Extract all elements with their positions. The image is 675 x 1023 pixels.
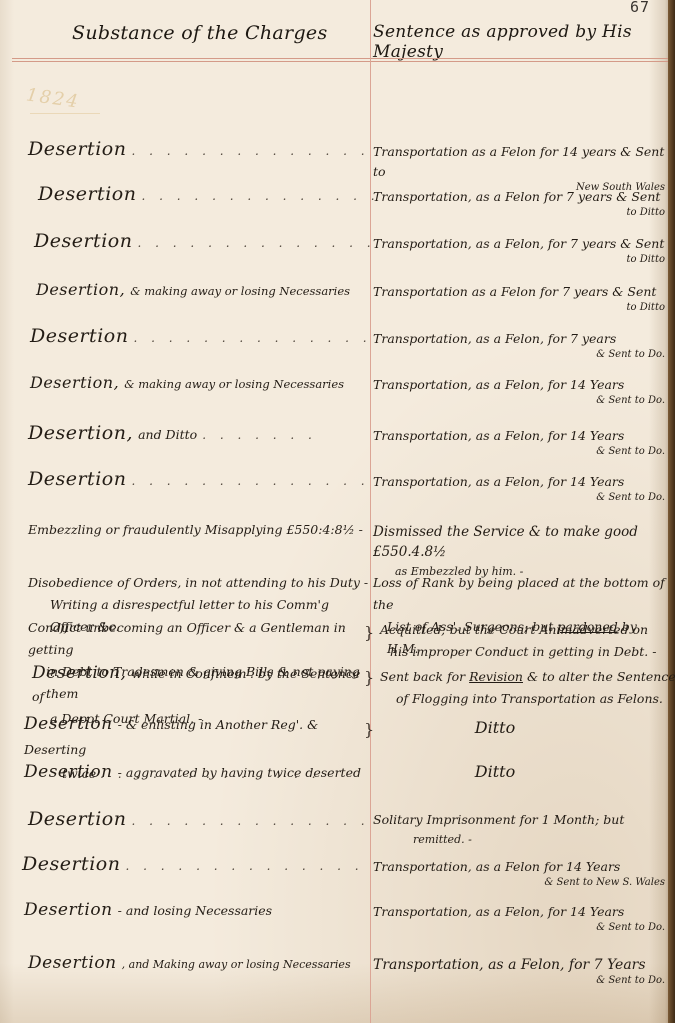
brace-mark: } bbox=[364, 623, 374, 642]
brace-mark: } bbox=[364, 668, 374, 687]
sentence-text: Transportation as a Felon for 14 years &… bbox=[373, 144, 664, 179]
charge: Desertion, and Ditto . . . . . . . bbox=[28, 422, 370, 444]
charge-text: Desertion bbox=[24, 762, 113, 782]
charge: Desertion . . . . . . . . . . . . . . bbox=[22, 853, 364, 875]
charge-text: Desertion bbox=[28, 953, 117, 973]
charge-text: Desertion, bbox=[36, 280, 125, 299]
charge-text: Desertion, bbox=[28, 422, 133, 444]
charge-text: Desertion bbox=[24, 900, 113, 920]
sentence: Solitary Imprisonment for 1 Month; but r… bbox=[373, 810, 671, 850]
sentence-text: Transportation, as a Felon, for 7 Years bbox=[373, 957, 646, 973]
charge: Desertion, & making away or losing Neces… bbox=[30, 373, 372, 392]
charge-detail: & making away or losing Necessaries bbox=[130, 284, 350, 298]
charge: Desertion . . . . . . . . . . . . . . bbox=[28, 808, 370, 830]
sentence: Ditto bbox=[395, 762, 595, 782]
sentence-text: Loss of Rank by being placed at the bott… bbox=[373, 572, 671, 616]
page-number: 67 bbox=[630, 0, 650, 16]
charge-text: Conduct unbecoming an Officer & a Gentle… bbox=[28, 617, 370, 661]
sentence-text: Transportation, as a Felon for 7 years &… bbox=[373, 189, 660, 204]
sentence-text-line2: his improper Conduct in getting in Debt.… bbox=[380, 641, 675, 663]
charge-text: Desertion, bbox=[32, 663, 126, 683]
sentence-continuation: & Sent to Do. bbox=[373, 922, 671, 934]
charge-text: Desertion bbox=[30, 325, 128, 347]
sentence: Transportation, as a Felon for 14 Years … bbox=[373, 857, 671, 889]
sentence-text: Transportation, as a Felon, for 14 Years bbox=[373, 428, 624, 443]
sentence: Transportation, as a Felon, for 14 Years… bbox=[373, 375, 671, 407]
charge-detail: - aggravated by having twice deserted bbox=[118, 765, 361, 780]
sentence-continuation: & Sent to New S. Wales bbox=[373, 877, 671, 889]
charge-text: Disobedience of Orders, in not attending… bbox=[28, 572, 370, 594]
sentence-text-line2: of Flogging into Transportation as Felon… bbox=[380, 688, 675, 710]
charge-detail: & making away or losing Necessaries bbox=[124, 377, 344, 391]
sentence-text: Transportation, as a Felon, for 7 years … bbox=[373, 236, 664, 251]
sentence: Transportation, as a Felon, for 14 Years… bbox=[373, 902, 671, 934]
charge: Desertion . . . . . . . . . . . . . . bbox=[34, 230, 376, 252]
sentence: Transportation, as a Felon, for 14 Years… bbox=[373, 472, 671, 504]
sentence: Transportation, as a Felon, for 7 Years … bbox=[373, 955, 671, 987]
leader-dots: . . . . . . . . . . . . . . bbox=[132, 474, 370, 488]
sentence: Transportation, as a Felon, for 7 years … bbox=[373, 329, 671, 361]
sentence: Transportation, as a Felon, for 14 Years… bbox=[373, 426, 671, 458]
charge-detail: , and Making away or losing Necessaries bbox=[122, 958, 351, 971]
charge-text: Desertion bbox=[28, 808, 126, 830]
sentence-text: Transportation, as a Felon for 14 Years bbox=[373, 859, 620, 874]
sentence-continuation: to Ditto bbox=[373, 302, 671, 314]
sentence-text: Transportation, as a Felon, for 14 Years bbox=[373, 904, 624, 919]
header-rule-second bbox=[12, 61, 668, 62]
charge-text: Desertion bbox=[24, 714, 113, 734]
sentence: Acquitted; but the Court Animadverted on… bbox=[380, 619, 675, 663]
sentence: Transportation, as a Felon, for 7 years … bbox=[373, 234, 671, 266]
charge-detail: and Ditto bbox=[138, 427, 197, 442]
leader-dots: . . . . . . . . . . . . . . bbox=[134, 331, 372, 345]
sentence-text: Transportation, as a Felon, for 14 Years bbox=[373, 474, 624, 489]
charge: Desertion, & making away or losing Neces… bbox=[36, 280, 378, 299]
charge-text: Desertion bbox=[28, 468, 126, 490]
charge: Desertion - aggravated by having twice d… bbox=[24, 762, 366, 782]
sentence-text: Transportation, as a Felon, for 7 years bbox=[373, 331, 616, 346]
column-header-charges: Substance of the Charges bbox=[72, 22, 328, 44]
leader-dots: . . . . . . . . . . . . . . bbox=[138, 236, 376, 250]
charge: Desertion . . . . . . . . . . . . . . bbox=[30, 325, 372, 347]
sentence-underlined-word: Revision bbox=[469, 669, 523, 684]
charge-text: Desertion, bbox=[30, 373, 119, 392]
sentence: Ditto bbox=[395, 718, 595, 738]
charge-text: Desertion bbox=[34, 230, 132, 252]
sentence-continuation: & Sent to Do. bbox=[373, 395, 671, 407]
header-rule bbox=[12, 58, 668, 59]
sentence-continuation: & Sent to Do. bbox=[373, 492, 671, 504]
column-divider bbox=[370, 0, 371, 1023]
sentence-text: Solitary Imprisonment for 1 Month; but bbox=[373, 812, 624, 827]
charge: Desertion . . . . . . . . . . . . . . bbox=[28, 138, 370, 160]
sentence-text: Transportation, as a Felon, for 14 Years bbox=[373, 377, 624, 392]
sentence-pre: Sent back for bbox=[380, 669, 465, 684]
charge: Desertion , and Making away or losing Ne… bbox=[28, 953, 370, 973]
sentence-post: & to alter the Sentence bbox=[527, 669, 675, 684]
sentence-continuation: to Ditto bbox=[373, 207, 671, 219]
sentence-continuation: & Sent to Do. bbox=[373, 975, 671, 987]
charge-text: Embezzling or fraudulently Misapplying £… bbox=[28, 522, 363, 537]
sentence-text: Ditto bbox=[475, 762, 515, 781]
brace-mark: } bbox=[364, 720, 374, 739]
sentence: Sent back for Revision & to alter the Se… bbox=[380, 666, 675, 710]
sentence-text: Transportation as a Felon for 7 years & … bbox=[373, 284, 656, 299]
faded-underline bbox=[30, 113, 100, 114]
charge-detail: - and losing Necessaries bbox=[118, 903, 272, 918]
charge: Embezzling or fraudulently Misapplying £… bbox=[28, 522, 370, 537]
leader-dots: . . . . . . . . . . . . . . bbox=[132, 814, 370, 828]
charge-text: Desertion bbox=[38, 183, 136, 205]
charge: Desertion . . . . . . . . . . . . . . bbox=[38, 183, 380, 205]
leader-dots: . . . . . . . bbox=[202, 428, 317, 442]
leader-dots: . . . . . . . . . . . . . . bbox=[142, 189, 380, 203]
charge: Desertion . . . . . . . . . . . . . . bbox=[28, 468, 370, 490]
charge-text: Desertion bbox=[28, 138, 126, 160]
leader-dots: . . . . . . . . . . . . . . bbox=[132, 144, 370, 158]
charge: Desertion - and losing Necessaries bbox=[24, 900, 366, 920]
charge-text: Desertion bbox=[22, 853, 120, 875]
sentence-text: Dismissed the Service & to make good £55… bbox=[373, 524, 638, 560]
column-header-sentence: Sentence as approved by His Majesty bbox=[373, 22, 675, 62]
sentence-continuation: & Sent to Do. bbox=[373, 446, 671, 458]
sentence: Transportation, as a Felon for 7 years &… bbox=[373, 187, 671, 219]
sentence: Transportation as a Felon for 7 years & … bbox=[373, 282, 671, 314]
sentence-continuation: to Ditto bbox=[373, 254, 671, 266]
sentence-continuation: & Sent to Do. bbox=[373, 349, 671, 361]
sentence-text: Acquitted; but the Court Animadverted on bbox=[380, 619, 675, 641]
leader-dots: . . . . . . . . . . . . . . bbox=[126, 859, 364, 873]
sentence-text: Ditto bbox=[475, 718, 515, 737]
sentence-continuation: remitted. - bbox=[373, 830, 671, 850]
